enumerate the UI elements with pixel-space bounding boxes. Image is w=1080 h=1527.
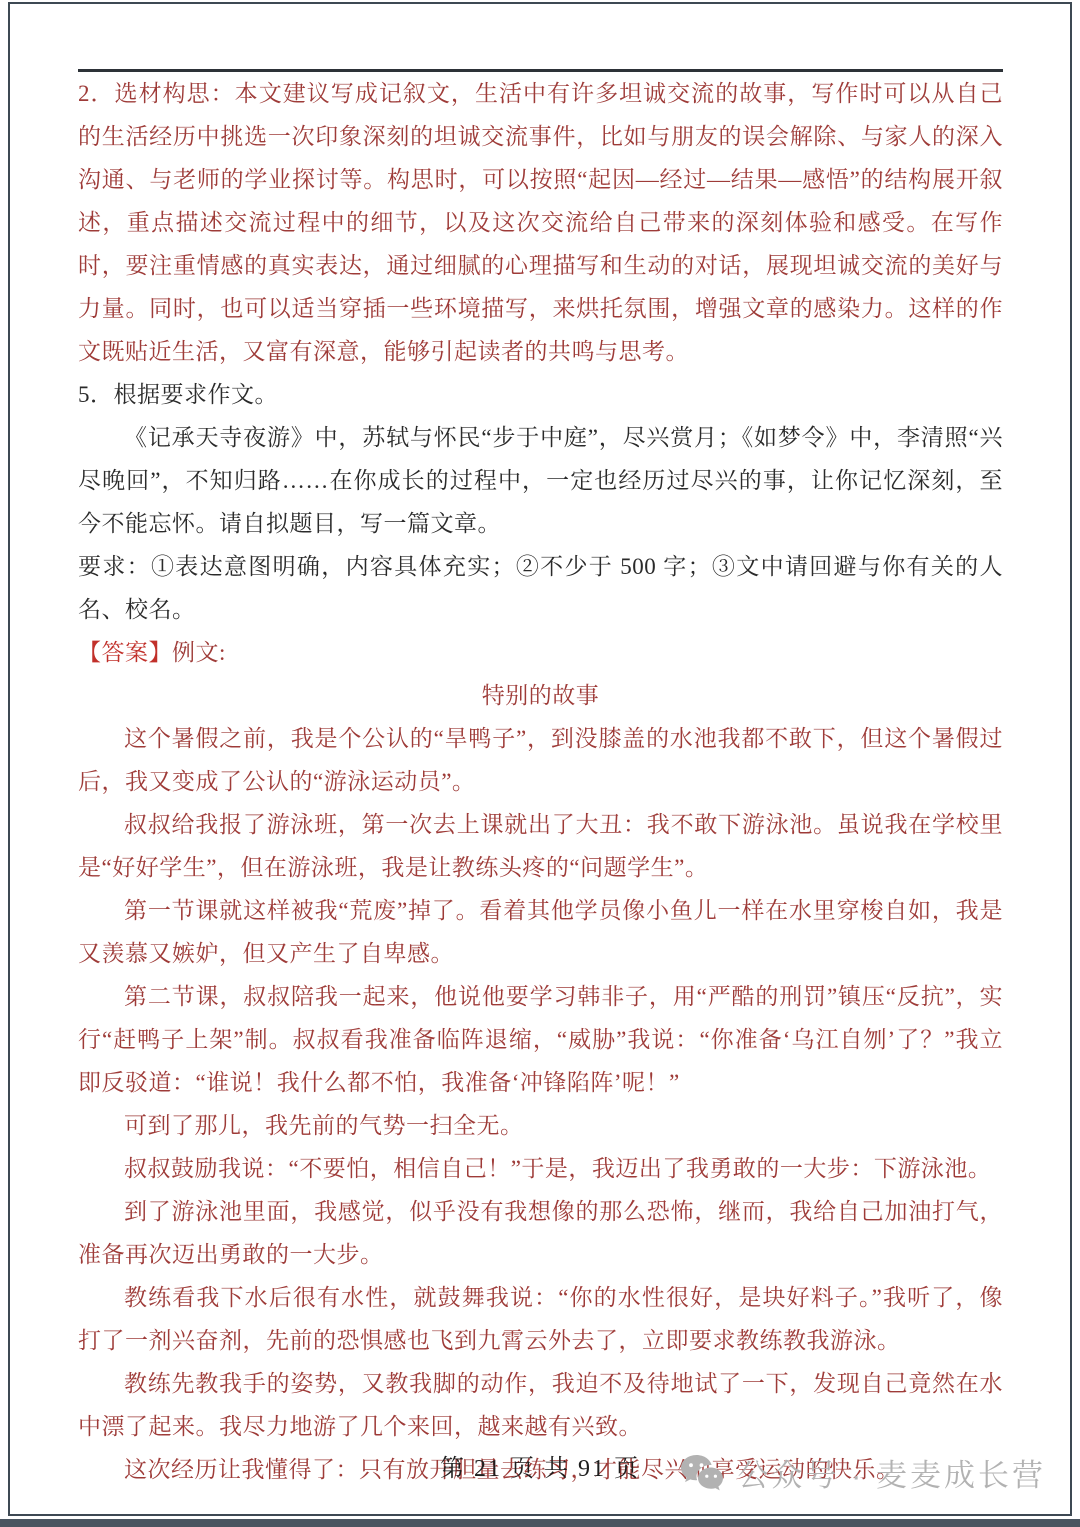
essay-paragraph: 第二节课，叔叔陪我一起来，他说他要学习韩非子，用“严酷的刑罚”镇压“反抗”，实行…: [78, 975, 1003, 1104]
essay-paragraph: 可到了那儿，我先前的气势一扫全无。: [78, 1104, 1003, 1147]
essay-paragraph: 到了游泳池里面，我感觉，似乎没有我想像的那么恐怖，继而，我给自己加油打气，准备再…: [78, 1190, 1003, 1276]
document-page: 2．选材构思：本文建议写成记叙文，生活中有许多坦诚交流的故事，写作时可以从自己的…: [0, 0, 1080, 1527]
answer-sublabel: 例文:: [172, 640, 226, 665]
page-content: 2．选材构思：本文建议写成记叙文，生活中有许多坦诚交流的故事，写作时可以从自己的…: [78, 0, 1003, 1491]
essay-paragraph: 这个暑假之前，我是个公认的“旱鸭子”，到没膝盖的水池我都不敢下，但这个暑假过后，…: [78, 717, 1003, 803]
wechat-icon: [679, 1453, 725, 1493]
watermark-text: 公众号 · 麦麦成长营: [737, 1450, 1046, 1495]
answer-label: 【答案】: [78, 640, 172, 665]
essay-paragraph: 教练看我下水后很有水性，就鼓舞我说：“你的水性很好，是块好料子。”我听了，像打了…: [78, 1276, 1003, 1362]
question-heading: 5．根据要求作文。: [78, 373, 1003, 416]
question-prompt: 《记承天寺夜游》中，苏轼与怀民“步于中庭”，尽兴赏月；《如梦令》中，李清照“兴尽…: [78, 416, 1003, 545]
bottom-edge-band: [0, 1519, 1080, 1527]
essay-paragraph: 叔叔鼓励我说：“不要怕，相信自己！”于是，我迈出了我勇敢的一大步：下游泳池。: [78, 1147, 1003, 1190]
essay-paragraph: 叔叔给我报了游泳班，第一次去上课就出了大丑：我不敢下游泳池。虽说我在学校里是“好…: [78, 803, 1003, 889]
answer-label-line: 【答案】例文:: [78, 631, 1003, 674]
essay-paragraph: 教练先教我手的姿势，又教我脚的动作，我迫不及待地试了一下，发现自己竟然在水中漂了…: [78, 1362, 1003, 1448]
analysis-paragraph: 2．选材构思：本文建议写成记叙文，生活中有许多坦诚交流的故事，写作时可以从自己的…: [78, 72, 1003, 373]
question-requirements: 要求：①表达意图明确，内容具体充实；②不少于 500 字；③文中请回避与你有关的…: [78, 545, 1003, 631]
essay-title: 特别的故事: [78, 674, 1003, 717]
essay-paragraph: 第一节课就这样被我“荒废”掉了。看着其他学员像小鱼儿一样在水里穿梭自如，我是又羡…: [78, 889, 1003, 975]
watermark: 公众号 · 麦麦成长营: [679, 1450, 1046, 1495]
